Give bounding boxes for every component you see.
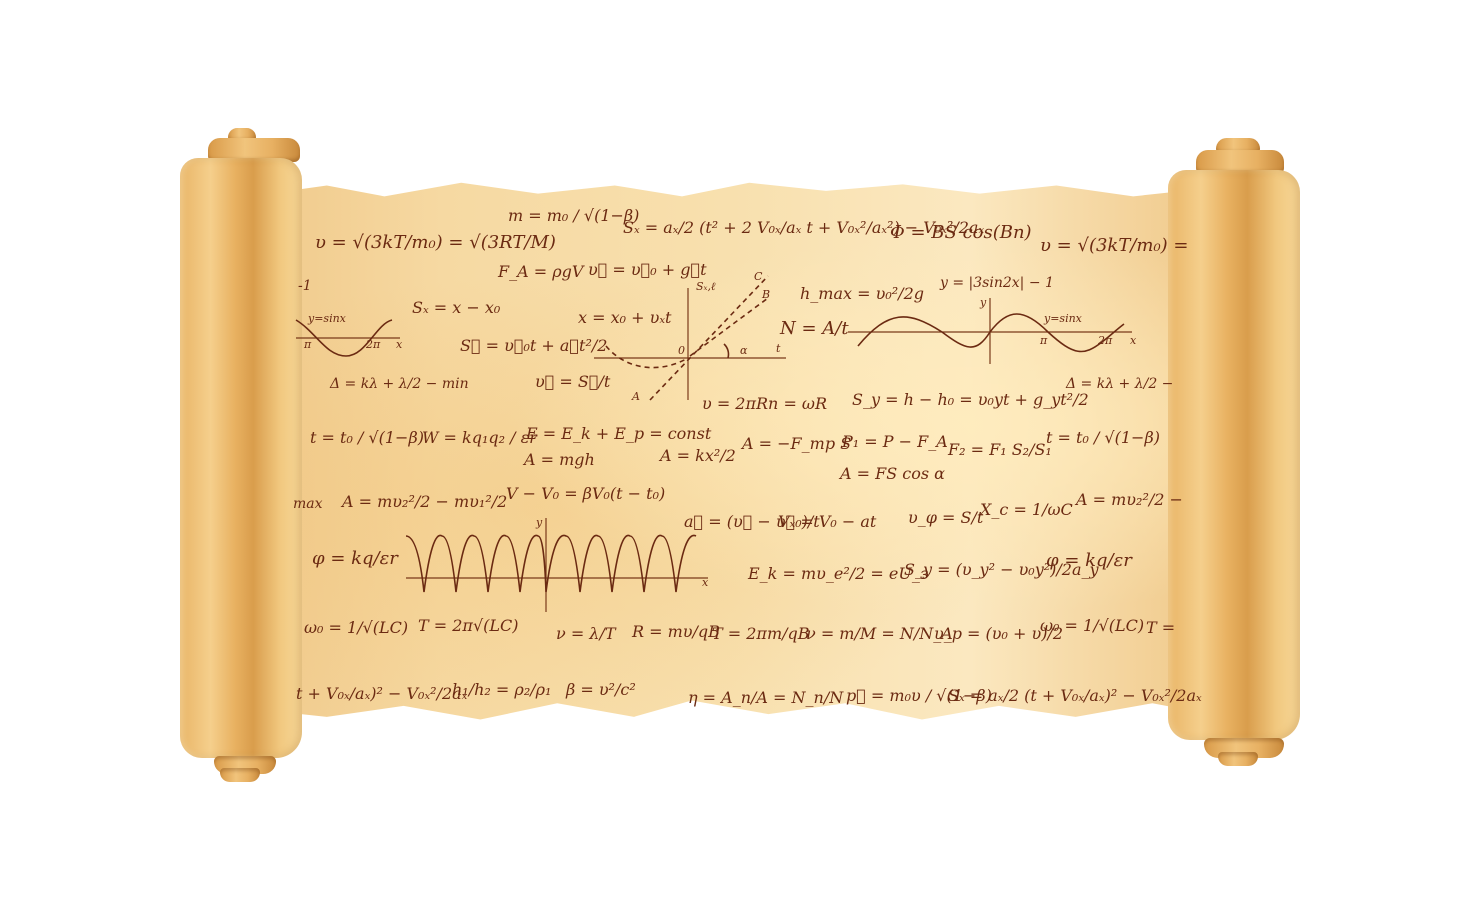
formula-communicating-vessels: h₁/h₂ = ρ₂/ρ₁ xyxy=(452,680,551,699)
formula-coulomb-energy: W = kq₁q₂ / εr xyxy=(422,428,537,447)
x-axis-label-right: x xyxy=(1130,334,1137,347)
left-roller-body xyxy=(180,158,302,758)
two-pi-tick-right: 2π xyxy=(1097,334,1113,347)
formula-rms-speed-right: υ = √(3kT/m₀) = xyxy=(1040,235,1189,256)
x-axis-label: x xyxy=(396,338,403,351)
formula-electric-potential: φ = kq/εr xyxy=(312,548,398,569)
t-axis-label: t xyxy=(776,342,781,355)
formula-power: N = A/t xyxy=(780,318,849,339)
kinematics-diagram: Sₓ,ℓ 0 α t A B C xyxy=(590,270,790,405)
sine-left-label: y=sinx xyxy=(307,312,347,325)
formula-thomson-period: T = 2π√(LC) xyxy=(418,616,519,635)
right-roller-bottom-cap xyxy=(1218,752,1258,766)
formula-cyclotron-radius: R = mυ/qB xyxy=(632,622,720,641)
formula-relativistic-mass: m = m₀ / √(1−β) xyxy=(508,206,639,225)
formula-electric-potential-right: φ = kq/εr xyxy=(1046,550,1132,571)
pi-tick-right: π xyxy=(1039,334,1048,347)
origin-label: 0 xyxy=(678,344,685,357)
label-max: max xyxy=(293,496,323,512)
line-a-label: A xyxy=(631,390,640,403)
two-pi-tick: 2π xyxy=(365,338,381,351)
rectified-sine-graph: y x xyxy=(406,516,716,612)
sine-graph-left: y=sinx π 2π x xyxy=(296,312,406,362)
formula-phase-velocity: υ_φ = S/t xyxy=(908,508,983,527)
pi-tick: π xyxy=(303,338,312,351)
formula-wave-frequency: ν = λ/T xyxy=(556,624,616,643)
formula-hydraulic-press: F₂ = F₁ S₂/S₁ xyxy=(948,440,1052,459)
formula-displacement-tail: t + V₀ₓ/aₓ)² − V₀ₓ²/2aₓ xyxy=(296,684,467,703)
formula-work-angle: A = FS cos α xyxy=(840,464,945,483)
formula-magnetic-flux: Φ = BS cos(Bn) xyxy=(890,222,1032,243)
formula-cyclotron-period: T = 2πm/qB xyxy=(712,624,810,643)
formula-buoyant-weight: P₁ = P − F_A xyxy=(842,432,948,451)
formula-potential-work: A = mgh xyxy=(524,450,595,469)
formula-kinetic-work-right: A = mυ₂²/2 − xyxy=(1076,490,1183,509)
formula-displacement-squared: Sₓ = aₓ/2 (t + V₀ₓ/aₓ)² − V₀ₓ²/2aₓ xyxy=(948,686,1202,705)
right-scroll-roller xyxy=(1160,138,1310,778)
line-b-label: B xyxy=(761,288,770,301)
left-roller-bottom-cap xyxy=(220,768,260,782)
sine-right-label: y=sinx xyxy=(1043,312,1083,325)
formula-amount-substance: ν = m/M = N/N_A xyxy=(806,624,953,643)
y-axis-label-right: y xyxy=(979,296,987,309)
formula-displacement: Sₓ = x − x₀ xyxy=(412,298,500,317)
formula-time-dilation-right: t = t₀ / √(1−β) xyxy=(1046,428,1160,447)
formula-minus-one: -1 xyxy=(298,278,312,294)
formula-vertical-displacement: S_y = h − h₀ = υ₀yt + g_yt²/2 xyxy=(852,390,1089,409)
formula-abs-sine: y = |3sin2x| − 1 xyxy=(940,275,1054,291)
formula-rms-speed: υ = √(3kT/m₀) = √(3RT/M) xyxy=(315,232,556,253)
formula-interference-min: Δ = kλ + λ/2 − min xyxy=(330,376,469,392)
x-axis-label-rectified: x xyxy=(702,576,709,589)
formula-kinetic-work: A = mυ₂²/2 − mυ₁²/2 xyxy=(342,492,507,511)
formula-vector-displacement: S⃗ = υ⃗₀t + a⃗t²/2 xyxy=(460,336,607,355)
formula-electron-energy: E_k = mυ_e²/2 = eU_з xyxy=(748,564,929,583)
formula-time-dilation: t = t₀ / √(1−β) xyxy=(310,428,424,447)
formula-interference-right: Δ = kλ + λ/2 − xyxy=(1066,376,1173,392)
formula-period-right: T = xyxy=(1146,618,1175,637)
formula-resonant-frequency-right: ω₀ = 1/√(LC) xyxy=(1040,616,1144,635)
y-axis-label-rectified: y xyxy=(535,516,543,529)
parchment-scroll-illustration: -1 υ = √(3kT/m₀) = √(3RT/M) m = m₀ / √(1… xyxy=(0,0,1484,910)
line-c-label: C xyxy=(754,270,763,283)
formula-efficiency: η = A_п/A = N_п/N xyxy=(688,688,843,707)
formula-beta: β = υ²/c² xyxy=(566,680,636,699)
formula-velocity-decel: Vₓ = V₀ − at xyxy=(778,512,876,531)
formula-spring-work: A = kx²/2 xyxy=(660,446,736,465)
sine-graph-right: y y=sinx π 2π x xyxy=(848,296,1138,366)
formula-thermal-expansion: V − V₀ = βV₀(t − t₀) xyxy=(506,484,665,503)
formula-energy-conservation: E = E_k + E_p = const xyxy=(526,424,711,443)
kinematics-y-label: Sₓ,ℓ xyxy=(696,280,716,293)
formula-capacitive-reactance: X_c = 1/ωC xyxy=(980,500,1073,519)
alpha-angle-label: α xyxy=(740,344,748,357)
formula-resonant-frequency: ω₀ = 1/√(LC) xyxy=(304,618,408,637)
formula-archimedes-force: F_A = ρgV xyxy=(498,262,583,281)
formula-friction-work: A = −F_тр S xyxy=(742,434,851,453)
